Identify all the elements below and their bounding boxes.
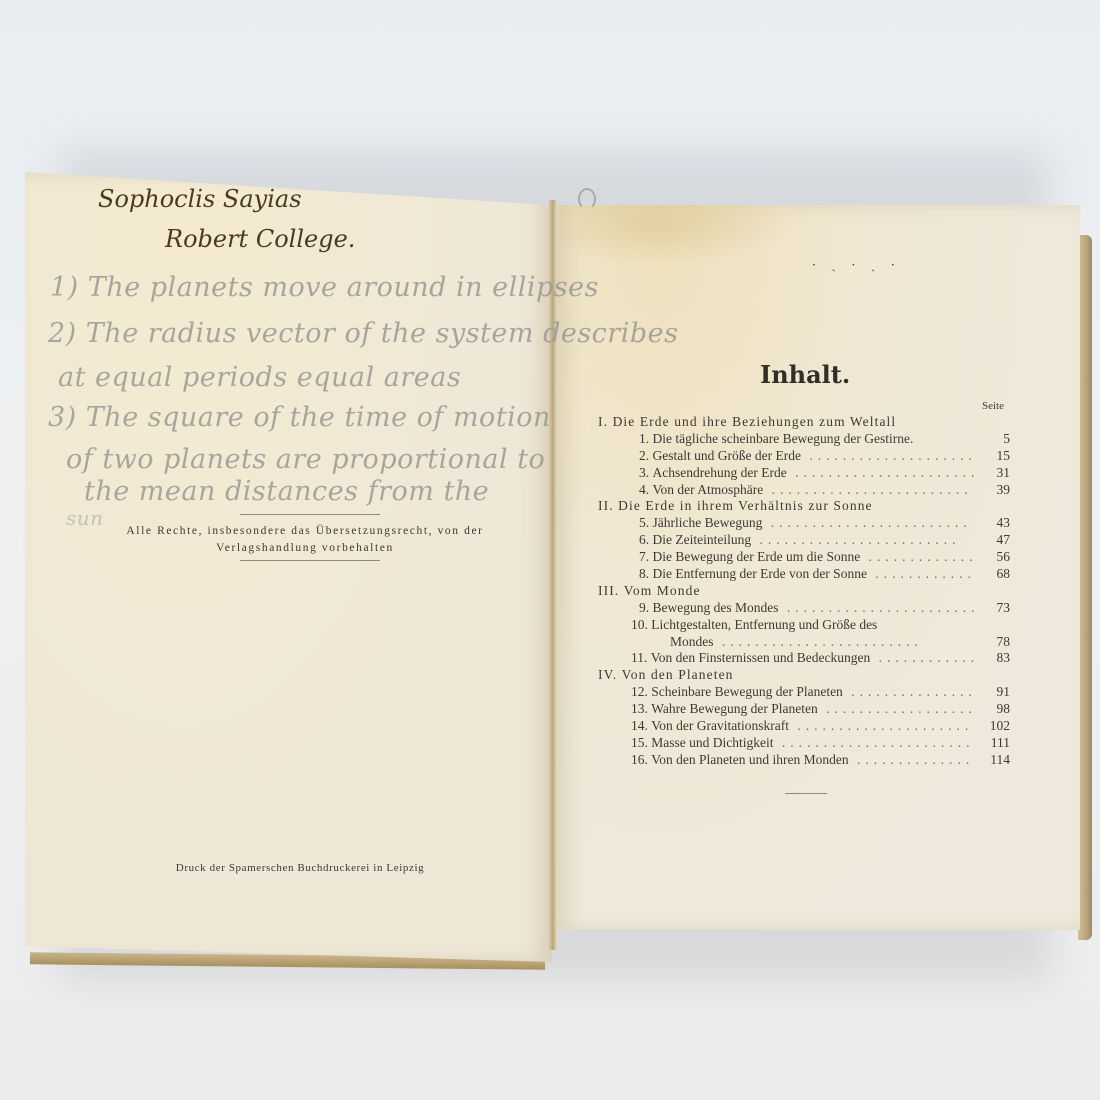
entry-number: 3. [639,465,649,482]
dot-leader: ........................ [787,465,974,482]
entry-title: Bewegung des Mondes [653,600,779,617]
dot-leader: ........................ [870,650,974,667]
entry-page: 102 [974,718,1010,735]
entry-title: Die Zeiteinteilung [653,532,752,549]
entry-title: Achsendrehung der Erde [653,465,787,482]
entry-page: 47 [974,532,1010,549]
entry-page: 114 [974,752,1010,769]
entry-number: 15. [631,735,648,752]
entry-page: 78 [974,634,1010,651]
toc-entry: 8. Die Entfernung der Erde von der Sonne… [598,566,1010,583]
pencil-note-line: 2) The radius vector of the system descr… [48,318,678,349]
entry-page: 15 [974,448,1010,465]
dot-leader: ........................ [778,600,974,617]
dot-leader: ........................ [867,566,974,583]
toc-part-heading: IV. Von den Planeten [598,667,1010,684]
entry-title: Die Entfernung der Erde von der Sonne [653,566,867,583]
entry-page: 56 [974,549,1010,566]
dot-leader: ........................ [762,515,974,532]
toc-entry: 15. Masse und Dichtigkeit ..............… [598,735,1010,752]
printer-imprint: Druck der Spamerschen Buchdruckerei in L… [120,862,480,874]
entry-page: 68 [974,566,1010,583]
toc-entry: 7. Die Bewegung der Erde um die Sonne ..… [598,549,1010,566]
entry-number: 8. [639,566,649,583]
toc-entry: 10. Lichtgestalten, Entfernung und Größe… [598,617,1010,634]
page-column-header: Seite [982,400,1004,412]
toc-title: Inhalt. [760,360,850,389]
part-title: Die Erde und ihre Beziehungen zum Weltal… [613,414,897,431]
dot-leader: ........................ [773,735,974,752]
binding-thread-loop [578,188,596,210]
entry-title: Von der Gravitationskraft [651,718,789,735]
entry-title-continuation: Mondes [670,634,714,651]
toc-entry: 3. Achsendrehung der Erde ..............… [598,465,1010,482]
dot-leader: ........................ [789,718,974,735]
book-spine-gutter [549,200,557,950]
entry-title: Von der Atmosphäre [653,482,764,499]
part-numeral: I. [598,414,608,431]
entry-number: 16. [631,752,648,769]
part-numeral: II. [598,498,614,515]
entry-number: 5. [639,515,649,532]
toc-part-heading: I. Die Erde und ihre Beziehungen zum Wel… [598,414,1010,431]
toc-entry: 6. Die Zeiteinteilung ..................… [598,532,1010,549]
entry-page: 5 [974,431,1010,448]
entry-title: Gestalt und Größe der Erde [653,448,801,465]
entry-number: 1. [639,431,649,446]
entry-number: 13. [631,701,648,718]
entry-title: Von den Finsternissen und Bedeckungen [651,650,870,667]
toc-entry: 11. Von den Finsternissen und Bedeckunge… [598,650,1010,667]
toc-entry: 1. Die tägliche scheinbare Bewegung der … [598,431,1010,448]
entry-title: Lichtgestalten, Entfernung und Größe des [651,617,877,634]
toc-entry: 2. Gestalt und Größe der Erde ..........… [598,448,1010,465]
dot-leader: ........................ [849,752,974,769]
entry-number: 6. [639,532,649,549]
entry-title: Die tägliche scheinbare Bewegung der Ges… [653,431,914,446]
entry-title: Die Bewegung der Erde um die Sonne [653,549,861,566]
entry-page: 31 [974,465,1010,482]
entry-number: 4. [639,482,649,499]
paper-stain [560,205,800,265]
dot-leader: ........................ [801,448,974,465]
dot-leader: ........................ [714,634,975,651]
part-title: Die Erde in ihrem Verhältnis zur Sonne [618,498,873,515]
toc-entry: 16. Von den Planeten und ihren Monden ..… [598,752,1010,769]
entry-page: 73 [974,600,1010,617]
entry-title: Masse und Dichtigkeit [651,735,773,752]
part-title: Von den Planeten [622,667,734,684]
entry-page: 98 [974,701,1010,718]
table-of-contents: I. Die Erde und ihre Beziehungen zum Wel… [598,414,1010,769]
toc-entry: 13. Wahre Bewegung der Planeten ........… [598,701,1010,718]
entry-number: 10. [631,617,648,634]
entry-title: Jährliche Bewegung [653,515,763,532]
toc-entry: 4. Von der Atmosphäre ..................… [598,482,1010,499]
toc-part-heading: II. Die Erde in ihrem Verhältnis zur Son… [598,498,1010,515]
pencil-note-line: of two planets are proportional to [66,444,545,475]
part-title: Vom Monde [624,583,701,600]
dot-leader: ........................ [843,684,974,701]
divider-rule [240,560,380,561]
toc-entry-continuation: Mondes ........................78 [598,634,1010,651]
part-numeral: IV. [598,667,617,684]
toc-entry: 9. Bewegung des Mondes .................… [598,600,1010,617]
entry-number: 11. [631,650,647,667]
pencil-note-line: the mean distances from the [84,476,489,507]
entry-page: 43 [974,515,1010,532]
toc-entry: 5. Jährliche Bewegung ..................… [598,515,1010,532]
entry-number: 12. [631,684,648,701]
dot-leader: ........................ [818,701,974,718]
entry-title: Wahre Bewegung der Planeten [651,701,817,718]
divider-rule [240,514,380,515]
entry-number: 2. [639,448,649,465]
rights-notice-line2: Verlagshandlung vorbehalten [90,540,520,557]
page-block-edge [1078,235,1092,940]
toc-entry: 12. Scheinbare Bewegung der Planeten ...… [598,684,1010,701]
ink-specks: · ˎ · ˏ · [812,258,901,273]
entry-page: 83 [974,650,1010,667]
entry-page: 91 [974,684,1010,701]
toc-part-heading: III. Vom Monde [598,583,1010,600]
toc-entry: 14. Von der Gravitationskraft ..........… [598,718,1010,735]
divider-rule [785,793,827,794]
rights-notice: Alle Rechte, insbesondere das Übersetzun… [90,523,520,557]
dot-leader: ........................ [751,532,974,549]
pencil-note-line: 1) The planets move around in ellipses [50,272,599,303]
entry-title: Von den Planeten und ihren Monden [651,752,848,769]
entry-page: 39 [974,482,1010,499]
dot-leader: ........................ [860,549,974,566]
entry-number: 7. [639,549,649,566]
part-numeral: III. [598,583,619,600]
pencil-note-line: at equal periods equal areas [58,362,461,393]
owner-name-inscription: Sophoclis Sayias [98,185,302,213]
entry-title: Scheinbare Bewegung der Planeten [651,684,843,701]
entry-number: 14. [631,718,648,735]
dot-leader: ........................ [763,482,974,499]
pencil-note-line: 3) The square of the time of motion [48,402,551,433]
entry-number: 9. [639,600,649,617]
rights-notice-line1: Alle Rechte, insbesondere das Übersetzun… [90,523,520,540]
entry-page: 111 [974,735,1010,752]
owner-institution-inscription: Robert College. [165,225,355,253]
